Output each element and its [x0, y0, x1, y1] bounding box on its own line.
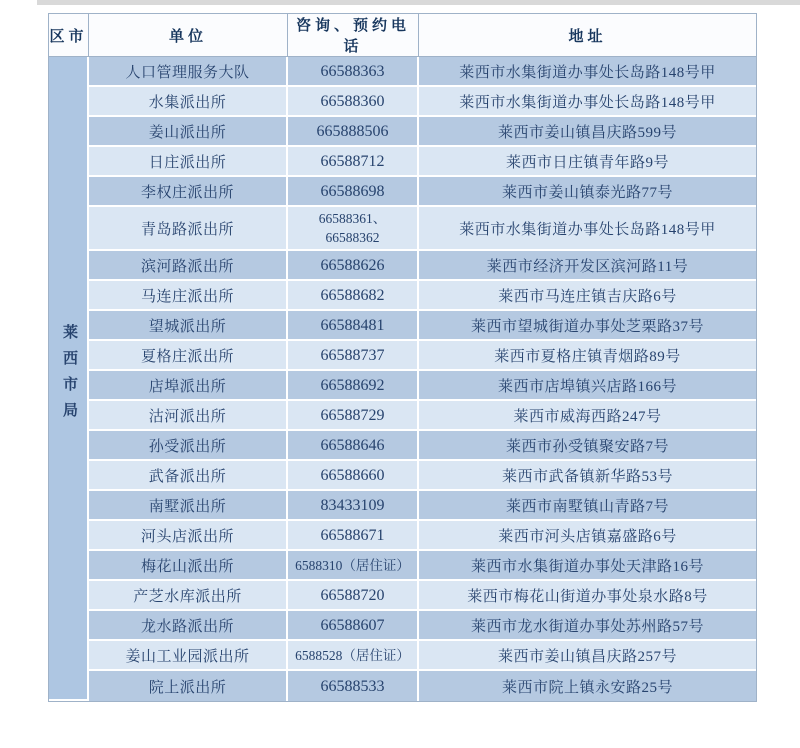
phone-cell: 66588360 [288, 87, 419, 117]
phone-cell: 66588682 [288, 281, 419, 311]
address-cell: 莱西市梅花山街道办事处泉水路8号 [419, 581, 756, 611]
table-row: 莱西市局人口管理服务大队 66588363 莱西市水集街道办事处长岛路148号甲 [49, 57, 756, 87]
address-cell: 莱西市日庄镇青年路9号 [419, 147, 756, 177]
address-cell: 莱西市水集街道办事处长岛路148号甲 [419, 87, 756, 117]
table-row: 青岛路派出所 66588361、 66588362 莱西市水集街道办事处长岛路1… [49, 207, 756, 251]
phone-cell: 66588361、 66588362 [288, 207, 419, 251]
table-row: 李权庄派出所 66588698 莱西市姜山镇泰光路77号 [49, 177, 756, 207]
column-header-region: 区市 [49, 14, 89, 57]
unit-cell: 李权庄派出所 [89, 177, 288, 207]
table-row: 店埠派出所 66588692 莱西市店埠镇兴店路166号 [49, 371, 756, 401]
region-cell: 莱西市局 [49, 57, 89, 701]
table-row: 梅花山派出所 6588310（居住证） 莱西市水集街道办事处天津路16号 [49, 551, 756, 581]
address-cell: 莱西市望城街道办事处芝栗路37号 [419, 311, 756, 341]
unit-cell: 姜山工业园派出所 [89, 641, 288, 671]
unit-cell: 人口管理服务大队 [89, 57, 288, 87]
unit-cell: 武备派出所 [89, 461, 288, 491]
address-cell: 莱西市水集街道办事处长岛路148号甲 [419, 207, 756, 251]
phone-cell: 66588363 [288, 57, 419, 87]
phone-cell: 66588737 [288, 341, 419, 371]
phone-cell: 66588671 [288, 521, 419, 551]
table-row: 龙水路派出所 66588607 莱西市龙水街道办事处苏州路57号 [49, 611, 756, 641]
phone-cell: 66588626 [288, 251, 419, 281]
table-row: 水集派出所 66588360 莱西市水集街道办事处长岛路148号甲 [49, 87, 756, 117]
phone-cell: 665888506 [288, 117, 419, 147]
column-header-unit: 单位 [89, 14, 288, 57]
table-row: 姜山派出所 665888506 莱西市姜山镇昌庆路599号 [49, 117, 756, 147]
address-cell: 莱西市马连庄镇吉庆路6号 [419, 281, 756, 311]
table-row: 院上派出所 66588533 莱西市院上镇永安路25号 [49, 671, 756, 701]
table-row: 南墅派出所 83433109 莱西市南墅镇山青路7号 [49, 491, 756, 521]
address-cell: 莱西市水集街道办事处长岛路148号甲 [419, 57, 756, 87]
unit-cell: 产芝水库派出所 [89, 581, 288, 611]
address-cell: 莱西市院上镇永安路25号 [419, 671, 756, 701]
table-row: 武备派出所 66588660 莱西市武备镇新华路53号 [49, 461, 756, 491]
phone-cell: 6588528（居住证） [288, 641, 419, 671]
address-cell: 莱西市河头店镇嘉盛路6号 [419, 521, 756, 551]
unit-cell: 院上派出所 [89, 671, 288, 701]
phone-cell: 66588646 [288, 431, 419, 461]
phone-cell: 83433109 [288, 491, 419, 521]
unit-cell: 龙水路派出所 [89, 611, 288, 641]
address-cell: 莱西市夏格庄镇青烟路89号 [419, 341, 756, 371]
phone-cell: 66588720 [288, 581, 419, 611]
unit-cell: 水集派出所 [89, 87, 288, 117]
contact-table: 区市 单位 咨询、预约电话 地址 莱西市局人口管理服务大队 66588363 莱… [48, 13, 757, 702]
address-cell: 莱西市经济开发区滨河路11号 [419, 251, 756, 281]
phone-cell: 66588698 [288, 177, 419, 207]
table-row: 马连庄派出所 66588682 莱西市马连庄镇吉庆路6号 [49, 281, 756, 311]
unit-cell: 南墅派出所 [89, 491, 288, 521]
address-cell: 莱西市水集街道办事处天津路16号 [419, 551, 756, 581]
unit-cell: 望城派出所 [89, 311, 288, 341]
table-row: 孙受派出所 66588646 莱西市孙受镇聚安路7号 [49, 431, 756, 461]
address-cell: 莱西市姜山镇昌庆路257号 [419, 641, 756, 671]
table-row: 产芝水库派出所 66588720 莱西市梅花山街道办事处泉水路8号 [49, 581, 756, 611]
table-row: 滨河路派出所 66588626 莱西市经济开发区滨河路11号 [49, 251, 756, 281]
address-cell: 莱西市姜山镇泰光路77号 [419, 177, 756, 207]
top-edge-band [37, 0, 800, 5]
page: 区市 单位 咨询、预约电话 地址 莱西市局人口管理服务大队 66588363 莱… [0, 0, 800, 748]
unit-cell: 店埠派出所 [89, 371, 288, 401]
table-row: 姜山工业园派出所 6588528（居住证） 莱西市姜山镇昌庆路257号 [49, 641, 756, 671]
table-row: 夏格庄派出所 66588737 莱西市夏格庄镇青烟路89号 [49, 341, 756, 371]
address-cell: 莱西市南墅镇山青路7号 [419, 491, 756, 521]
table-row: 日庄派出所 66588712 莱西市日庄镇青年路9号 [49, 147, 756, 177]
phone-cell: 66588660 [288, 461, 419, 491]
region-label: 莱西市局 [49, 324, 89, 428]
unit-cell: 滨河路派出所 [89, 251, 288, 281]
header-row: 区市 单位 咨询、预约电话 地址 [49, 14, 756, 57]
phone-cell: 66588692 [288, 371, 419, 401]
column-header-address: 地址 [419, 14, 756, 57]
address-cell: 莱西市龙水街道办事处苏州路57号 [419, 611, 756, 641]
table-container: 区市 单位 咨询、预约电话 地址 莱西市局人口管理服务大队 66588363 莱… [48, 13, 755, 702]
phone-cell: 66588712 [288, 147, 419, 177]
unit-cell: 沽河派出所 [89, 401, 288, 431]
table-row: 望城派出所 66588481 莱西市望城街道办事处芝栗路37号 [49, 311, 756, 341]
phone-cell: 66588729 [288, 401, 419, 431]
unit-cell: 夏格庄派出所 [89, 341, 288, 371]
table-row: 河头店派出所 66588671 莱西市河头店镇嘉盛路6号 [49, 521, 756, 551]
unit-cell: 姜山派出所 [89, 117, 288, 147]
phone-cell: 6588310（居住证） [288, 551, 419, 581]
address-cell: 莱西市威海西路247号 [419, 401, 756, 431]
unit-cell: 梅花山派出所 [89, 551, 288, 581]
unit-cell: 河头店派出所 [89, 521, 288, 551]
unit-cell: 日庄派出所 [89, 147, 288, 177]
phone-cell: 66588533 [288, 671, 419, 701]
address-cell: 莱西市姜山镇昌庆路599号 [419, 117, 756, 147]
unit-cell: 孙受派出所 [89, 431, 288, 461]
column-header-phone: 咨询、预约电话 [288, 14, 419, 57]
phone-cell: 66588607 [288, 611, 419, 641]
address-cell: 莱西市孙受镇聚安路7号 [419, 431, 756, 461]
unit-cell: 青岛路派出所 [89, 207, 288, 251]
phone-cell: 66588481 [288, 311, 419, 341]
unit-cell: 马连庄派出所 [89, 281, 288, 311]
address-cell: 莱西市店埠镇兴店路166号 [419, 371, 756, 401]
address-cell: 莱西市武备镇新华路53号 [419, 461, 756, 491]
table-row: 沽河派出所 66588729 莱西市威海西路247号 [49, 401, 756, 431]
